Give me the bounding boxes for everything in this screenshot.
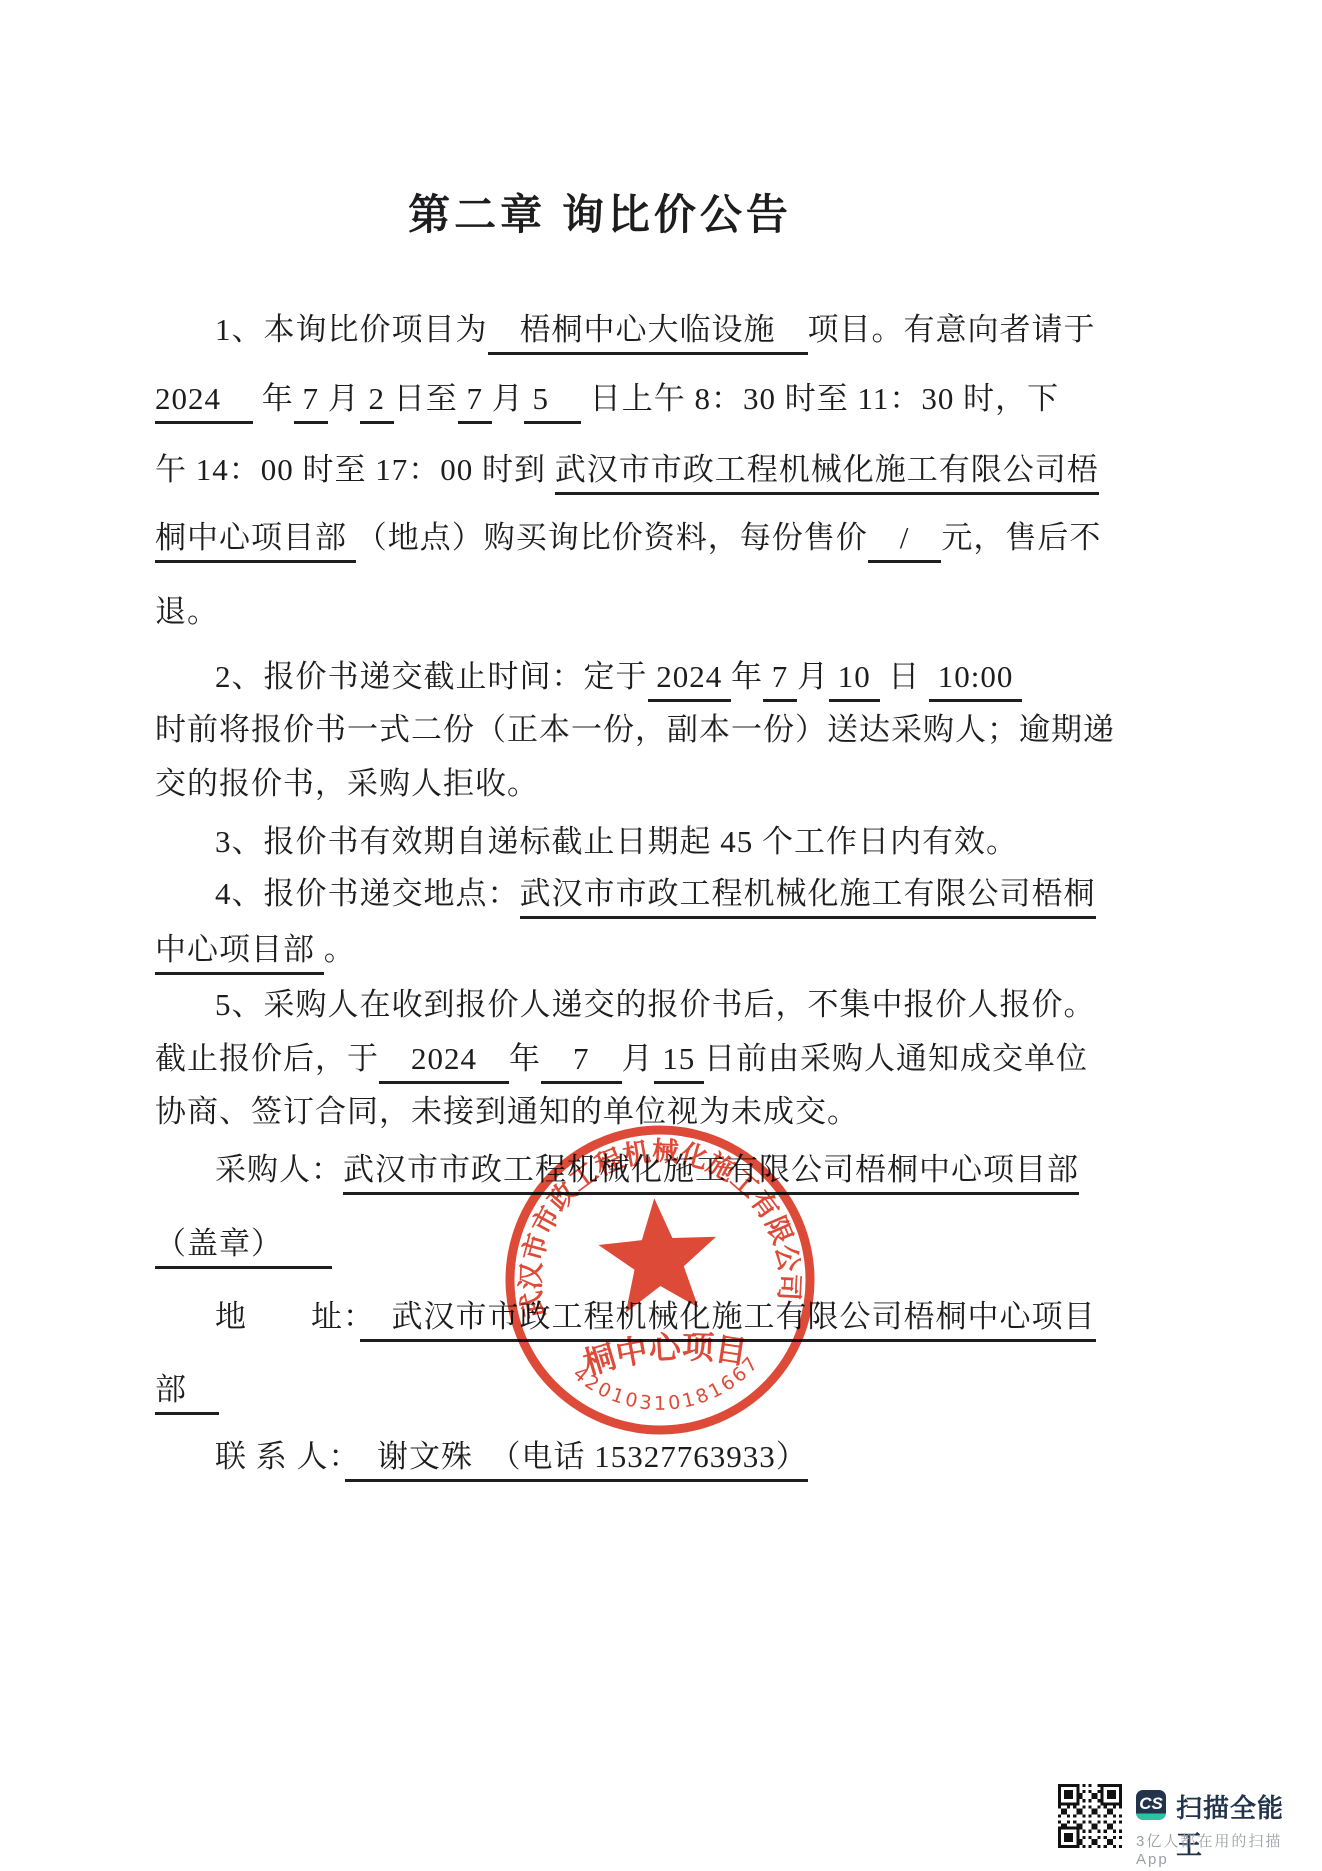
- document-text: 采购人：: [215, 1152, 343, 1187]
- document-text: （地点）购买询比价资料，每份售价: [356, 520, 868, 555]
- document-text: 月: [492, 381, 524, 416]
- document-text: 协商、签订合同，未接到通知的单位视为未成交。: [155, 1094, 859, 1129]
- document-line: 桐中心项目部 （地点）购买询比价资料，每份售价 / 元，售后不: [155, 516, 1115, 560]
- document-text: 日上午 8：30 时至 11：30 时，下: [581, 381, 1059, 416]
- document-line: 2024 年 7 月 2 日至 7 月 5 日上午 8：30 时至 11：30 …: [155, 377, 1115, 421]
- document-line: 退。: [155, 590, 1115, 634]
- document-text: 年: [731, 659, 763, 694]
- filled-blank-text: 15: [654, 1041, 705, 1084]
- document-text: 4、报价书递交地点：: [215, 876, 520, 911]
- qr-code-icon: [1058, 1784, 1122, 1848]
- filled-blank-text: 武汉市市政工程机械化施工有限公司梧桐中心项目: [360, 1299, 1096, 1342]
- document-text: 3、报价书有效期自递标截止日期起 45 个工作日内有效。: [215, 824, 1018, 859]
- filled-blank-text: 武汉市市政工程机械化施工有限公司梧: [555, 452, 1099, 495]
- filled-blank-text: 7: [294, 381, 328, 424]
- filled-blank-text: 10:00: [929, 659, 1022, 702]
- watermark-tagline: 3亿人都在用的扫描App: [1136, 1830, 1310, 1868]
- filled-blank-text: 桐中心项目部: [155, 520, 356, 563]
- document-line: 协商、签订合同，未接到通知的单位视为未成交。: [155, 1090, 1115, 1134]
- filled-blank-text: 2024: [155, 381, 253, 424]
- filled-blank-text: 10: [829, 659, 880, 702]
- scanned-document-page: 第二章 询比价公告 1、本询比价项目为 梧桐中心大临设施 项目。有意向者请于20…: [0, 0, 1322, 1871]
- document-text: 联 系 人：: [215, 1439, 345, 1474]
- document-text: 项目。有意向者请于: [808, 312, 1096, 347]
- document-line: 时前将报价书一式二份（正本一份，副本一份）送达采购人；逾期递: [155, 708, 1115, 752]
- document-text: 月: [622, 1041, 654, 1076]
- document-line: 3、报价书有效期自递标截止日期起 45 个工作日内有效。: [155, 820, 1175, 864]
- filled-blank-text: 7: [458, 381, 492, 424]
- filled-blank-text: 7: [763, 659, 797, 702]
- document-text: 年: [253, 381, 294, 416]
- document-text: 1、本询比价项目为: [215, 312, 488, 347]
- document-text: 日前由采购人通知成交单位: [704, 1041, 1088, 1076]
- filled-blank-text: 梧桐中心大临设施: [488, 312, 808, 355]
- filled-blank-text: /: [868, 520, 942, 563]
- document-line: 部: [155, 1368, 1115, 1412]
- filled-blank-text: 5: [524, 381, 581, 424]
- filled-blank-text: 2024: [379, 1041, 509, 1084]
- document-line: 采购人：武汉市市政工程机械化施工有限公司梧桐中心项目部: [155, 1148, 1175, 1192]
- filled-blank-text: 谢文殊 （电话 15327763933）: [345, 1439, 808, 1482]
- document-text: 交的报价书，采购人拒收。: [155, 766, 539, 801]
- document-line: 4、报价书递交地点：武汉市市政工程机械化施工有限公司梧桐: [155, 872, 1175, 916]
- document-line: （盖章）: [155, 1222, 1115, 1266]
- filled-blank-text: 武汉市市政工程机械化施工有限公司梧桐中心项目部: [343, 1152, 1079, 1195]
- document-text: 退。: [155, 594, 219, 629]
- document-line: 5、采购人在收到报价人递交的报价书后，不集中报价人报价。: [155, 983, 1175, 1027]
- filled-blank-text: 2024: [648, 659, 732, 702]
- document-text: 月: [797, 659, 829, 694]
- filled-blank-text: （盖章）: [155, 1226, 332, 1269]
- document-line: 中心项目部 。: [155, 928, 1115, 972]
- document-text: 日至: [394, 381, 458, 416]
- document-text: 地 址：: [215, 1299, 360, 1334]
- filled-blank-text: 7: [541, 1041, 622, 1084]
- document-text: 。: [324, 932, 356, 967]
- document-text: 时前将报价书一式二份（正本一份，副本一份）送达采购人；逾期递: [155, 712, 1115, 747]
- page-title: 第二章 询比价公告: [0, 182, 1200, 242]
- document-text: 日: [880, 659, 930, 694]
- document-text: 5、采购人在收到报价人递交的报价书后，不集中报价人报价。: [215, 987, 1096, 1022]
- camscanner-logo-icon: CS: [1136, 1790, 1166, 1820]
- document-text: 截止报价后，于: [155, 1041, 379, 1076]
- document-text: 年: [509, 1041, 541, 1076]
- official-seal-stamp: 武汉市市政工程机械化施工有限公司 梧桐中心项目部 42010310181667: [468, 1088, 852, 1472]
- document-line: 2、报价书递交截止时间：定于 2024 年 7 月 10 日 10:00: [155, 655, 1175, 699]
- filled-blank-text: 2: [360, 381, 394, 424]
- document-text: 2、报价书递交截止时间：定于: [215, 659, 648, 694]
- filled-blank-text: 中心项目部: [155, 932, 324, 975]
- document-text: 午 14：00 时至 17：00 时到: [155, 452, 555, 487]
- document-line: 联 系 人： 谢文殊 （电话 15327763933）: [155, 1435, 1175, 1479]
- document-line: 截止报价后，于 2024 年 7 月 15 日前由采购人通知成交单位: [155, 1037, 1115, 1081]
- filled-blank-text: 部: [155, 1372, 219, 1415]
- document-text: 月: [328, 381, 360, 416]
- document-text: 元，售后不: [941, 520, 1101, 555]
- document-line: 午 14：00 时至 17：00 时到 武汉市市政工程机械化施工有限公司梧: [155, 448, 1115, 492]
- document-line: 交的报价书，采购人拒收。: [155, 762, 1115, 806]
- document-line: 地 址： 武汉市市政工程机械化施工有限公司梧桐中心项目: [155, 1295, 1175, 1339]
- filled-blank-text: 武汉市市政工程机械化施工有限公司梧桐: [520, 876, 1096, 919]
- scanner-watermark: CS 扫描全能王 3亿人都在用的扫描App: [1050, 1780, 1310, 1860]
- document-line: 1、本询比价项目为 梧桐中心大临设施 项目。有意向者请于: [155, 308, 1175, 352]
